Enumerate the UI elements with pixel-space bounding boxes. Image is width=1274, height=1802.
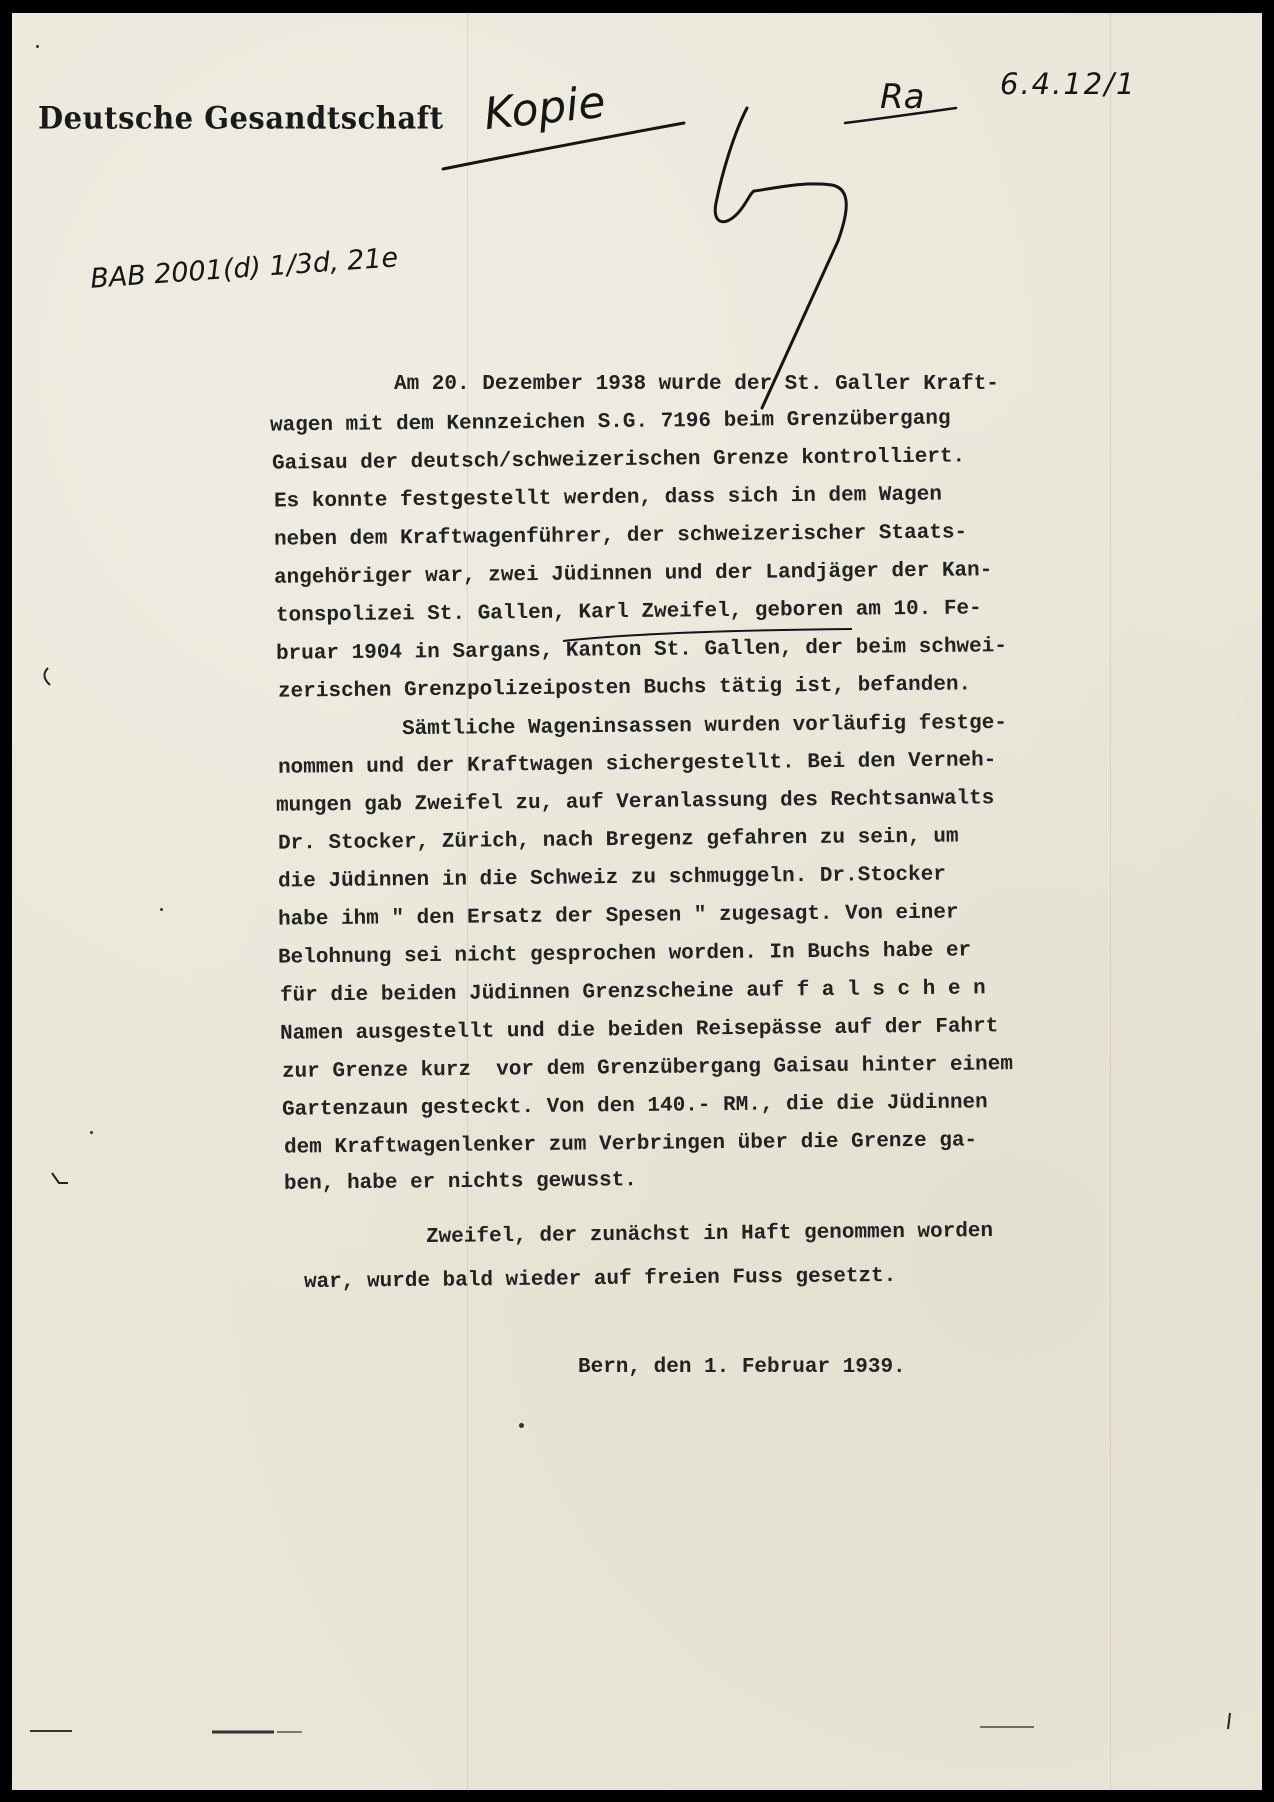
speck: [160, 908, 163, 911]
bottom-line-fragment: [1228, 1713, 1230, 1729]
kopie-underline: [443, 123, 684, 169]
margin-tick-mark: [52, 1173, 68, 1183]
body-line: Am 20. Dezember 1938 wurde der St. Galle…: [394, 373, 999, 396]
speck: [90, 1131, 93, 1134]
document-page: Deutsche Gesandtschaft Kopie BAB 2001(d)…: [12, 13, 1262, 1790]
ra-underline: [845, 108, 956, 123]
speck: [519, 1423, 524, 1428]
speck: [36, 45, 39, 48]
handwritten-ink-strokes: [12, 13, 1262, 1790]
margin-bracket-mark: [44, 668, 50, 685]
signature-initial-stroke: [715, 108, 846, 408]
place-date-signoff: Bern, den 1. Februar 1939.: [578, 1356, 906, 1379]
body-line: ben, habe er nichts gewusst.: [284, 1169, 637, 1196]
